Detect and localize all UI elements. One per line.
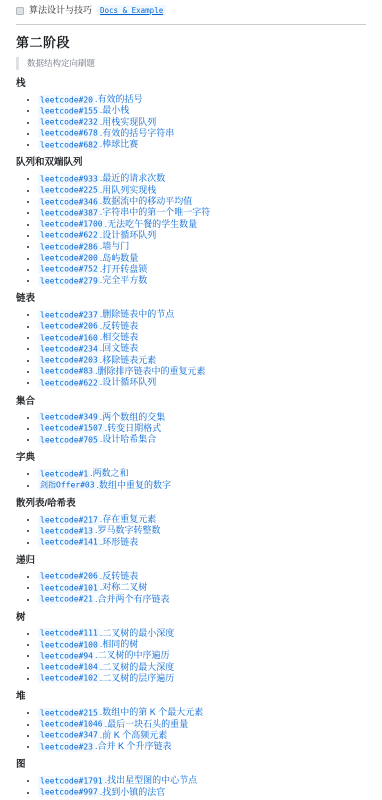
problem-section: 递归leetcode#206.反转链表leetcode#101.对称二叉树lee… (16, 556, 366, 605)
problem-link[interactable]: leetcode#1791.找出星型图的中心节点 (38, 775, 197, 785)
problem-item: leetcode#1.两数之和 (38, 468, 366, 479)
problem-link[interactable]: leetcode#622.设计循环队列 (38, 230, 156, 240)
problem-item: leetcode#678.有效的括号字符串 (38, 128, 366, 139)
problem-item: leetcode#111.二叉树的最小深度 (38, 628, 366, 639)
problem-title: .打开转盘锁 (100, 264, 148, 274)
problem-list: leetcode#933.最近的请求次数leetcode#225.用队列实现栈l… (16, 173, 366, 286)
problem-code: leetcode#1507 (38, 423, 105, 433)
problem-item: leetcode#104.二叉树的最大深度 (38, 662, 366, 673)
problem-link[interactable]: leetcode#94.二叉树的中序遍历 (38, 650, 170, 660)
problem-link[interactable]: leetcode#225.用队列实现栈 (38, 185, 156, 195)
problem-link[interactable]: leetcode#682.棒球比赛 (38, 139, 138, 149)
problem-item: leetcode#100.相同的树 (38, 639, 366, 650)
problem-code: leetcode#678 (38, 128, 100, 138)
problem-section: 堆leetcode#215.数组中的第 K 个最大元素leetcode#1046… (16, 692, 366, 752)
problem-item: leetcode#203.移除链表元素 (38, 355, 366, 366)
problem-link[interactable]: leetcode#1507.转变日期格式 (38, 423, 161, 433)
section-title: 栈 (16, 79, 366, 89)
problem-code: leetcode#997 (38, 787, 100, 797)
problem-code: leetcode#101 (38, 583, 100, 593)
problem-item: leetcode#160.相交链表 (38, 332, 366, 343)
problem-section: 队列和双端队列leetcode#933.最近的请求次数leetcode#225.… (16, 158, 366, 286)
problem-link[interactable]: leetcode#705.设计哈希集合 (38, 434, 156, 444)
problem-title: .最近的请求次数 (100, 173, 166, 183)
problem-title: .岛屿数量 (100, 253, 139, 263)
problem-link[interactable]: leetcode#1.两数之和 (38, 468, 129, 478)
problem-link[interactable]: leetcode#13.罗马数字转整数 (38, 525, 161, 535)
problem-link[interactable]: leetcode#622.设计循环队列 (38, 377, 156, 387)
problem-link[interactable]: leetcode#678.有效的括号字符串 (38, 128, 174, 138)
problem-title: .有效的括号字符串 (100, 128, 175, 138)
problem-list: leetcode#1791.找出星型图的中心节点leetcode#997.找到小… (16, 775, 366, 798)
section-title: 图 (16, 760, 366, 770)
problem-title: .设计哈希集合 (100, 434, 157, 444)
problem-link[interactable]: leetcode#234.回文链表 (38, 343, 138, 353)
problem-title: .删除链表中的节点 (100, 309, 175, 319)
problem-code: leetcode#13 (38, 526, 95, 536)
problem-item: leetcode#225.用队列实现栈 (38, 185, 366, 196)
problem-title: .相同的树 (100, 639, 139, 649)
problem-code: leetcode#141 (38, 537, 100, 547)
problem-code: leetcode#1046 (38, 719, 105, 729)
problem-item: leetcode#102.二叉树的层序遍历 (38, 673, 366, 684)
problem-link[interactable]: leetcode#206.反转链表 (38, 571, 138, 581)
section-title: 散列表/哈希表 (16, 499, 366, 509)
problem-code: leetcode#1700 (38, 219, 105, 229)
problem-item: leetcode#622.设计循环队列 (38, 377, 366, 388)
problem-title: .数据流中的移动平均值 (100, 196, 193, 206)
problem-title: .两数之和 (90, 468, 129, 478)
problem-title: .二叉树的最小深度 (100, 628, 175, 638)
problem-item: leetcode#279.完全平方数 (38, 275, 366, 286)
problem-link[interactable]: leetcode#217.存在重复元素 (38, 514, 156, 524)
problem-title: .棒球比赛 (100, 139, 139, 149)
problem-title: .合并 K 个升序链表 (95, 741, 172, 751)
problem-title: .删除排序链表中的重复元素 (95, 366, 206, 376)
problem-item: leetcode#286.墙与门 (38, 241, 366, 252)
sections: 栈leetcode#20.有效的括号leetcode#155.最小栈leetco… (16, 79, 366, 798)
problem-title: .转变日期格式 (105, 423, 162, 433)
problem-code: leetcode#286 (38, 242, 100, 252)
problem-title: .无法吃午餐的学生数量 (105, 219, 198, 229)
problem-list: leetcode#206.反转链表leetcode#101.对称二叉树leetc… (16, 571, 366, 605)
page-title: 第二阶段 (16, 35, 366, 50)
problem-item: leetcode#101.对称二叉树 (38, 582, 366, 593)
problem-code: leetcode#102 (38, 673, 100, 683)
problem-section: 栈leetcode#20.有效的括号leetcode#155.最小栈leetco… (16, 79, 366, 150)
docs-example-link[interactable]: Docs & Example (97, 5, 166, 16)
problem-code: leetcode#21 (38, 594, 95, 604)
problem-title: .回文链表 (100, 343, 139, 353)
problem-section: 集合leetcode#349.两个数组的交集leetcode#1507.转变日期… (16, 397, 366, 446)
problem-code: leetcode#237 (38, 310, 100, 320)
problem-title: .对称二叉树 (100, 582, 148, 592)
problem-link[interactable]: leetcode#1700.无法吃午餐的学生数量 (38, 219, 197, 229)
problem-code: leetcode#100 (38, 640, 100, 650)
problem-link[interactable]: leetcode#83.删除排序链表中的重复元素 (38, 366, 206, 376)
problem-list: leetcode#111.二叉树的最小深度leetcode#100.相同的树le… (16, 628, 366, 684)
problem-code: leetcode#83 (38, 366, 95, 376)
problem-item: leetcode#206.反转链表 (38, 571, 366, 582)
problem-list: leetcode#215.数组中的第 K 个最大元素leetcode#1046.… (16, 707, 366, 752)
problem-item: leetcode#232.用栈实现队列 (38, 117, 366, 128)
problem-item: leetcode#387.字符串中的第一个唯一字符 (38, 207, 366, 218)
problem-item: leetcode#94.二叉树的中序遍历 (38, 650, 366, 661)
problem-code: 剑指Offer#03 (38, 480, 97, 490)
problem-code: leetcode#1791 (38, 776, 105, 786)
problem-item: leetcode#21.合并两个有序链表 (38, 594, 366, 605)
problem-code: leetcode#279 (38, 276, 100, 286)
section-title: 堆 (16, 692, 366, 702)
problem-section: 字典leetcode#1.两数之和剑指Offer#03.数组中重复的数字 (16, 453, 366, 491)
problem-item: leetcode#13.罗马数字转整数 (38, 525, 366, 536)
problem-list: leetcode#217.存在重复元素leetcode#13.罗马数字转整数le… (16, 514, 366, 548)
problem-code: leetcode#752 (38, 264, 100, 274)
problem-link[interactable]: leetcode#346.数据流中的移动平均值 (38, 196, 192, 206)
problem-title: .设计循环队列 (100, 377, 157, 387)
problem-code: leetcode#94 (38, 651, 95, 661)
problem-link[interactable]: leetcode#347.前 K 个高频元素 (38, 730, 167, 740)
task-list-item: 算法设计与技巧 Docs & Example (16, 5, 366, 16)
problem-code: leetcode#217 (38, 515, 100, 525)
problem-code: leetcode#234 (38, 344, 100, 354)
problem-item: leetcode#752.打开转盘锁 (38, 264, 366, 275)
problem-code: leetcode#200 (38, 253, 100, 263)
problem-link[interactable]: leetcode#23.合并 K 个升序链表 (38, 741, 172, 751)
problem-link[interactable]: leetcode#104.二叉树的最大深度 (38, 662, 174, 672)
problem-code: leetcode#104 (38, 662, 100, 672)
problem-section: 链表leetcode#237.删除链表中的节点leetcode#206.反转链表… (16, 294, 366, 388)
problem-code: leetcode#155 (38, 106, 100, 116)
problem-section: 树leetcode#111.二叉树的最小深度leetcode#100.相同的树l… (16, 613, 366, 684)
problem-section: 图leetcode#1791.找出星型图的中心节点leetcode#997.找到… (16, 760, 366, 798)
problem-link[interactable]: leetcode#102.二叉树的层序遍历 (38, 673, 174, 683)
problem-link[interactable]: leetcode#206.反转链表 (38, 321, 138, 331)
problem-link[interactable]: leetcode#141.环形链表 (38, 537, 138, 547)
problem-item: leetcode#23.合并 K 个升序链表 (38, 741, 366, 752)
problem-title: .前 K 个高频元素 (100, 730, 168, 740)
problem-title: .完全平方数 (100, 275, 148, 285)
problem-title: .移除链表元素 (100, 355, 157, 365)
problem-title: .找到小镇的法官 (100, 787, 166, 797)
problem-link[interactable]: leetcode#100.相同的树 (38, 639, 138, 649)
section-title: 字典 (16, 453, 366, 463)
problem-title: .找出星型图的中心节点 (105, 775, 198, 785)
problem-link[interactable]: leetcode#349.两个数组的交集 (38, 412, 165, 422)
problem-title: .合并两个有序链表 (95, 594, 170, 604)
problem-item: leetcode#217.存在重复元素 (38, 514, 366, 525)
problem-title: .反转链表 (100, 571, 139, 581)
readme-page: 算法设计与技巧 Docs & Example 第二阶段 数据结构定向刷题 栈le… (0, 0, 382, 800)
problem-link[interactable]: leetcode#286.墙与门 (38, 241, 129, 251)
problem-link[interactable]: leetcode#111.二叉树的最小深度 (38, 628, 174, 638)
problem-code: leetcode#215 (38, 708, 100, 718)
problem-list: leetcode#349.两个数组的交集leetcode#1507.转变日期格式… (16, 412, 366, 446)
problem-item: leetcode#155.最小栈 (38, 105, 366, 116)
section-title: 队列和双端队列 (16, 158, 366, 168)
problem-item: leetcode#20.有效的括号 (38, 94, 366, 105)
problem-item: leetcode#346.数据流中的移动平均值 (38, 196, 366, 207)
problem-link[interactable]: leetcode#215.数组中的第 K 个最大元素 (38, 707, 203, 717)
problem-code: leetcode#933 (38, 174, 100, 184)
problem-item: leetcode#200.岛屿数量 (38, 253, 366, 264)
problem-link[interactable]: leetcode#200.岛屿数量 (38, 253, 138, 263)
problem-item: leetcode#622.设计循环队列 (38, 230, 366, 241)
problem-title: .两个数组的交集 (100, 412, 166, 422)
problem-link[interactable]: leetcode#21.合并两个有序链表 (38, 594, 170, 604)
problem-title: .字符串中的第一个唯一字符 (100, 207, 211, 217)
problem-link[interactable]: leetcode#155.最小栈 (38, 105, 129, 115)
section-title: 链表 (16, 294, 366, 304)
problem-code: leetcode#20 (38, 95, 95, 105)
section-title: 树 (16, 613, 366, 623)
divider-top (16, 24, 366, 25)
problem-title: .相交链表 (100, 332, 139, 342)
problem-link[interactable]: leetcode#997.找到小镇的法官 (38, 787, 165, 797)
problem-code: leetcode#682 (38, 140, 100, 150)
problem-link[interactable]: leetcode#232.用栈实现队列 (38, 117, 156, 127)
problem-item: leetcode#349.两个数组的交集 (38, 412, 366, 423)
problem-title: .用栈实现队列 (100, 117, 157, 127)
problem-link[interactable]: leetcode#387.字符串中的第一个唯一字符 (38, 207, 210, 217)
problem-item: leetcode#83.删除排序链表中的重复元素 (38, 366, 366, 377)
problem-item: leetcode#347.前 K 个高频元素 (38, 730, 366, 741)
problem-item: leetcode#215.数组中的第 K 个最大元素 (38, 707, 366, 718)
problem-code: leetcode#1 (38, 469, 90, 479)
problem-link[interactable]: leetcode#203.移除链表元素 (38, 355, 156, 365)
problem-link[interactable]: leetcode#101.对称二叉树 (38, 582, 147, 592)
problem-code: leetcode#203 (38, 355, 100, 365)
problem-title: .墙与门 (100, 241, 130, 251)
problem-item: leetcode#206.反转链表 (38, 321, 366, 332)
problem-code: leetcode#225 (38, 185, 100, 195)
problem-title: .环形链表 (100, 537, 139, 547)
problem-title: .二叉树的层序遍历 (100, 673, 175, 683)
problem-title: .数组中的第 K 个最大元素 (100, 707, 204, 717)
problem-link[interactable]: leetcode#933.最近的请求次数 (38, 173, 165, 183)
problem-item: leetcode#933.最近的请求次数 (38, 173, 366, 184)
problem-code: leetcode#160 (38, 333, 100, 343)
problem-item: leetcode#141.环形链表 (38, 537, 366, 548)
problem-title: .二叉树的最大深度 (100, 662, 175, 672)
section-title: 递归 (16, 556, 366, 566)
problem-code: leetcode#206 (38, 321, 100, 331)
problem-code: leetcode#349 (38, 412, 100, 422)
problem-code: leetcode#206 (38, 571, 100, 581)
problem-item: leetcode#1046.最后一块石头的重量 (38, 719, 366, 730)
task-label: 算法设计与技巧 (29, 5, 92, 16)
problem-code: leetcode#387 (38, 208, 100, 218)
problem-item: leetcode#1791.找出星型图的中心节点 (38, 775, 366, 786)
problem-code: leetcode#705 (38, 435, 100, 445)
problem-code: leetcode#111 (38, 628, 100, 638)
problem-item: leetcode#682.棒球比赛 (38, 139, 366, 150)
problem-item: leetcode#705.设计哈希集合 (38, 434, 366, 445)
problem-list: leetcode#1.两数之和剑指Offer#03.数组中重复的数字 (16, 468, 366, 491)
section-title: 集合 (16, 397, 366, 407)
problem-title: .罗马数字转整数 (95, 525, 161, 535)
problem-section: 散列表/哈希表leetcode#217.存在重复元素leetcode#13.罗马… (16, 499, 366, 548)
problem-code: leetcode#622 (38, 378, 100, 388)
problem-list: leetcode#237.删除链表中的节点leetcode#206.反转链表le… (16, 309, 366, 388)
problem-title: .用队列实现栈 (100, 185, 157, 195)
problem-link[interactable]: leetcode#1046.最后一块石头的重量 (38, 719, 188, 729)
problem-code: leetcode#232 (38, 117, 100, 127)
problem-code: leetcode#346 (38, 197, 100, 207)
problem-title: .最小栈 (100, 105, 130, 115)
problem-link[interactable]: leetcode#20.有效的括号 (38, 94, 143, 104)
problem-list: leetcode#20.有效的括号leetcode#155.最小栈leetcod… (16, 94, 366, 150)
problem-code: leetcode#622 (38, 230, 100, 240)
problem-link[interactable]: leetcode#279.完全平方数 (38, 275, 147, 285)
problem-code: leetcode#23 (38, 742, 95, 752)
problem-item: leetcode#997.找到小镇的法官 (38, 787, 366, 798)
problem-link[interactable]: leetcode#237.删除链表中的节点 (38, 309, 174, 319)
problem-link[interactable]: leetcode#160.相交链表 (38, 332, 138, 342)
problem-item: leetcode#1507.转变日期格式 (38, 423, 366, 434)
problem-title: .存在重复元素 (100, 514, 157, 524)
problem-title: .二叉树的中序遍历 (95, 650, 170, 660)
problem-item: leetcode#237.删除链表中的节点 (38, 309, 366, 320)
problem-code: leetcode#347 (38, 730, 100, 740)
problem-item: leetcode#1700.无法吃午餐的学生数量 (38, 219, 366, 230)
problem-item: leetcode#234.回文链表 (38, 343, 366, 354)
problem-title: .数组中重复的数字 (97, 480, 172, 490)
note-blockquote: 数据结构定向刷题 (16, 57, 366, 70)
checkbox-icon[interactable] (16, 7, 24, 15)
problem-title: .反转链表 (100, 321, 139, 331)
problem-title: .设计循环队列 (100, 230, 157, 240)
problem-link[interactable]: 剑指Offer#03.数组中重复的数字 (38, 480, 171, 490)
problem-title: .最后一块石头的重量 (105, 719, 189, 729)
problem-title: .有效的括号 (95, 94, 143, 104)
problem-link[interactable]: leetcode#752.打开转盘锁 (38, 264, 147, 274)
problem-item: 剑指Offer#03.数组中重复的数字 (38, 480, 366, 491)
